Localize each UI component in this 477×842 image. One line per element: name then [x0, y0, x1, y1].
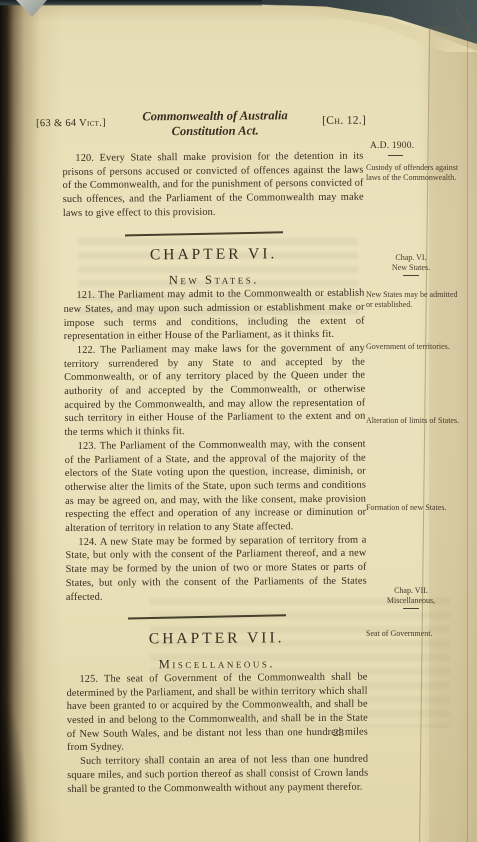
margin-note-rule — [403, 275, 419, 276]
section-123-text: 123. The Parliament of the Commonwealth … — [65, 437, 367, 535]
margin-note-chapter-7-line1: Chap. VII. — [366, 586, 456, 596]
header-title: Commonwealth of Australia Constitution A… — [124, 108, 306, 139]
section-121-text: 121. The Parliament may admit to the Com… — [63, 287, 364, 344]
page-number: 23 — [333, 727, 344, 739]
section-120-text: 120. Every State shall make provision fo… — [62, 150, 364, 221]
margin-note-chapter-7-line2: Miscellaneous, — [366, 596, 456, 606]
binding-gutter-shadow — [0, 692, 30, 842]
page-edge-line — [467, 20, 468, 842]
section-125-continuation-text: Such territory shall contain an area of … — [67, 753, 368, 796]
margin-note-year-rule — [388, 155, 403, 156]
chapter-6-heading: CHAPTER VI. — [63, 245, 364, 265]
running-header: [63 & 64 Vict.] Commonwealth of Australi… — [62, 108, 363, 152]
chapter-7-heading: CHAPTER VII. — [66, 628, 367, 648]
margin-note-year: A.D. 1900. — [370, 141, 430, 151]
section-divider-rule — [128, 615, 286, 620]
section-125-text: 125. The seat of Government of the Commo… — [66, 670, 368, 755]
section-122-text: 122. The Parliament may make laws for th… — [64, 342, 366, 440]
margin-note-chapter-6: Chap. VI. New States. — [366, 253, 456, 276]
header-title-line1: Commonwealth of Australia — [124, 108, 306, 124]
header-title-line2: Constitution Act. — [124, 123, 306, 139]
section-124-text: 124. A new State may be formed by separa… — [65, 533, 367, 604]
margin-note-alteration: Alteration of limits of States. — [366, 416, 460, 426]
margin-note-chapter-7: Chap. VII. Miscellaneous, — [366, 586, 456, 609]
margin-note-custody: Custody of offenders against laws of the… — [366, 163, 460, 182]
scanned-book-page: [63 & 64 Vict.] Commonwealth of Australi… — [0, 0, 477, 842]
section-divider-rule — [125, 231, 283, 236]
header-chapter-ref: [Ch. 12.] — [322, 115, 366, 127]
margin-note-new-states: New States may be admitted or establishe… — [366, 290, 460, 309]
margin-note-formation: Formation of new States. — [366, 503, 460, 513]
margin-note-rule — [403, 608, 419, 609]
margin-note-territories: Government of territories. — [366, 342, 460, 352]
margin-note-seat: Seat of Government. — [366, 629, 460, 639]
page-content: [63 & 64 Vict.] Commonwealth of Australi… — [62, 108, 368, 797]
margin-note-chapter-6-line2: New States. — [366, 263, 456, 273]
margin-note-chapter-6-line1: Chap. VI. — [366, 253, 456, 263]
header-regnal-year: [63 & 64 Vict.] — [36, 118, 106, 130]
